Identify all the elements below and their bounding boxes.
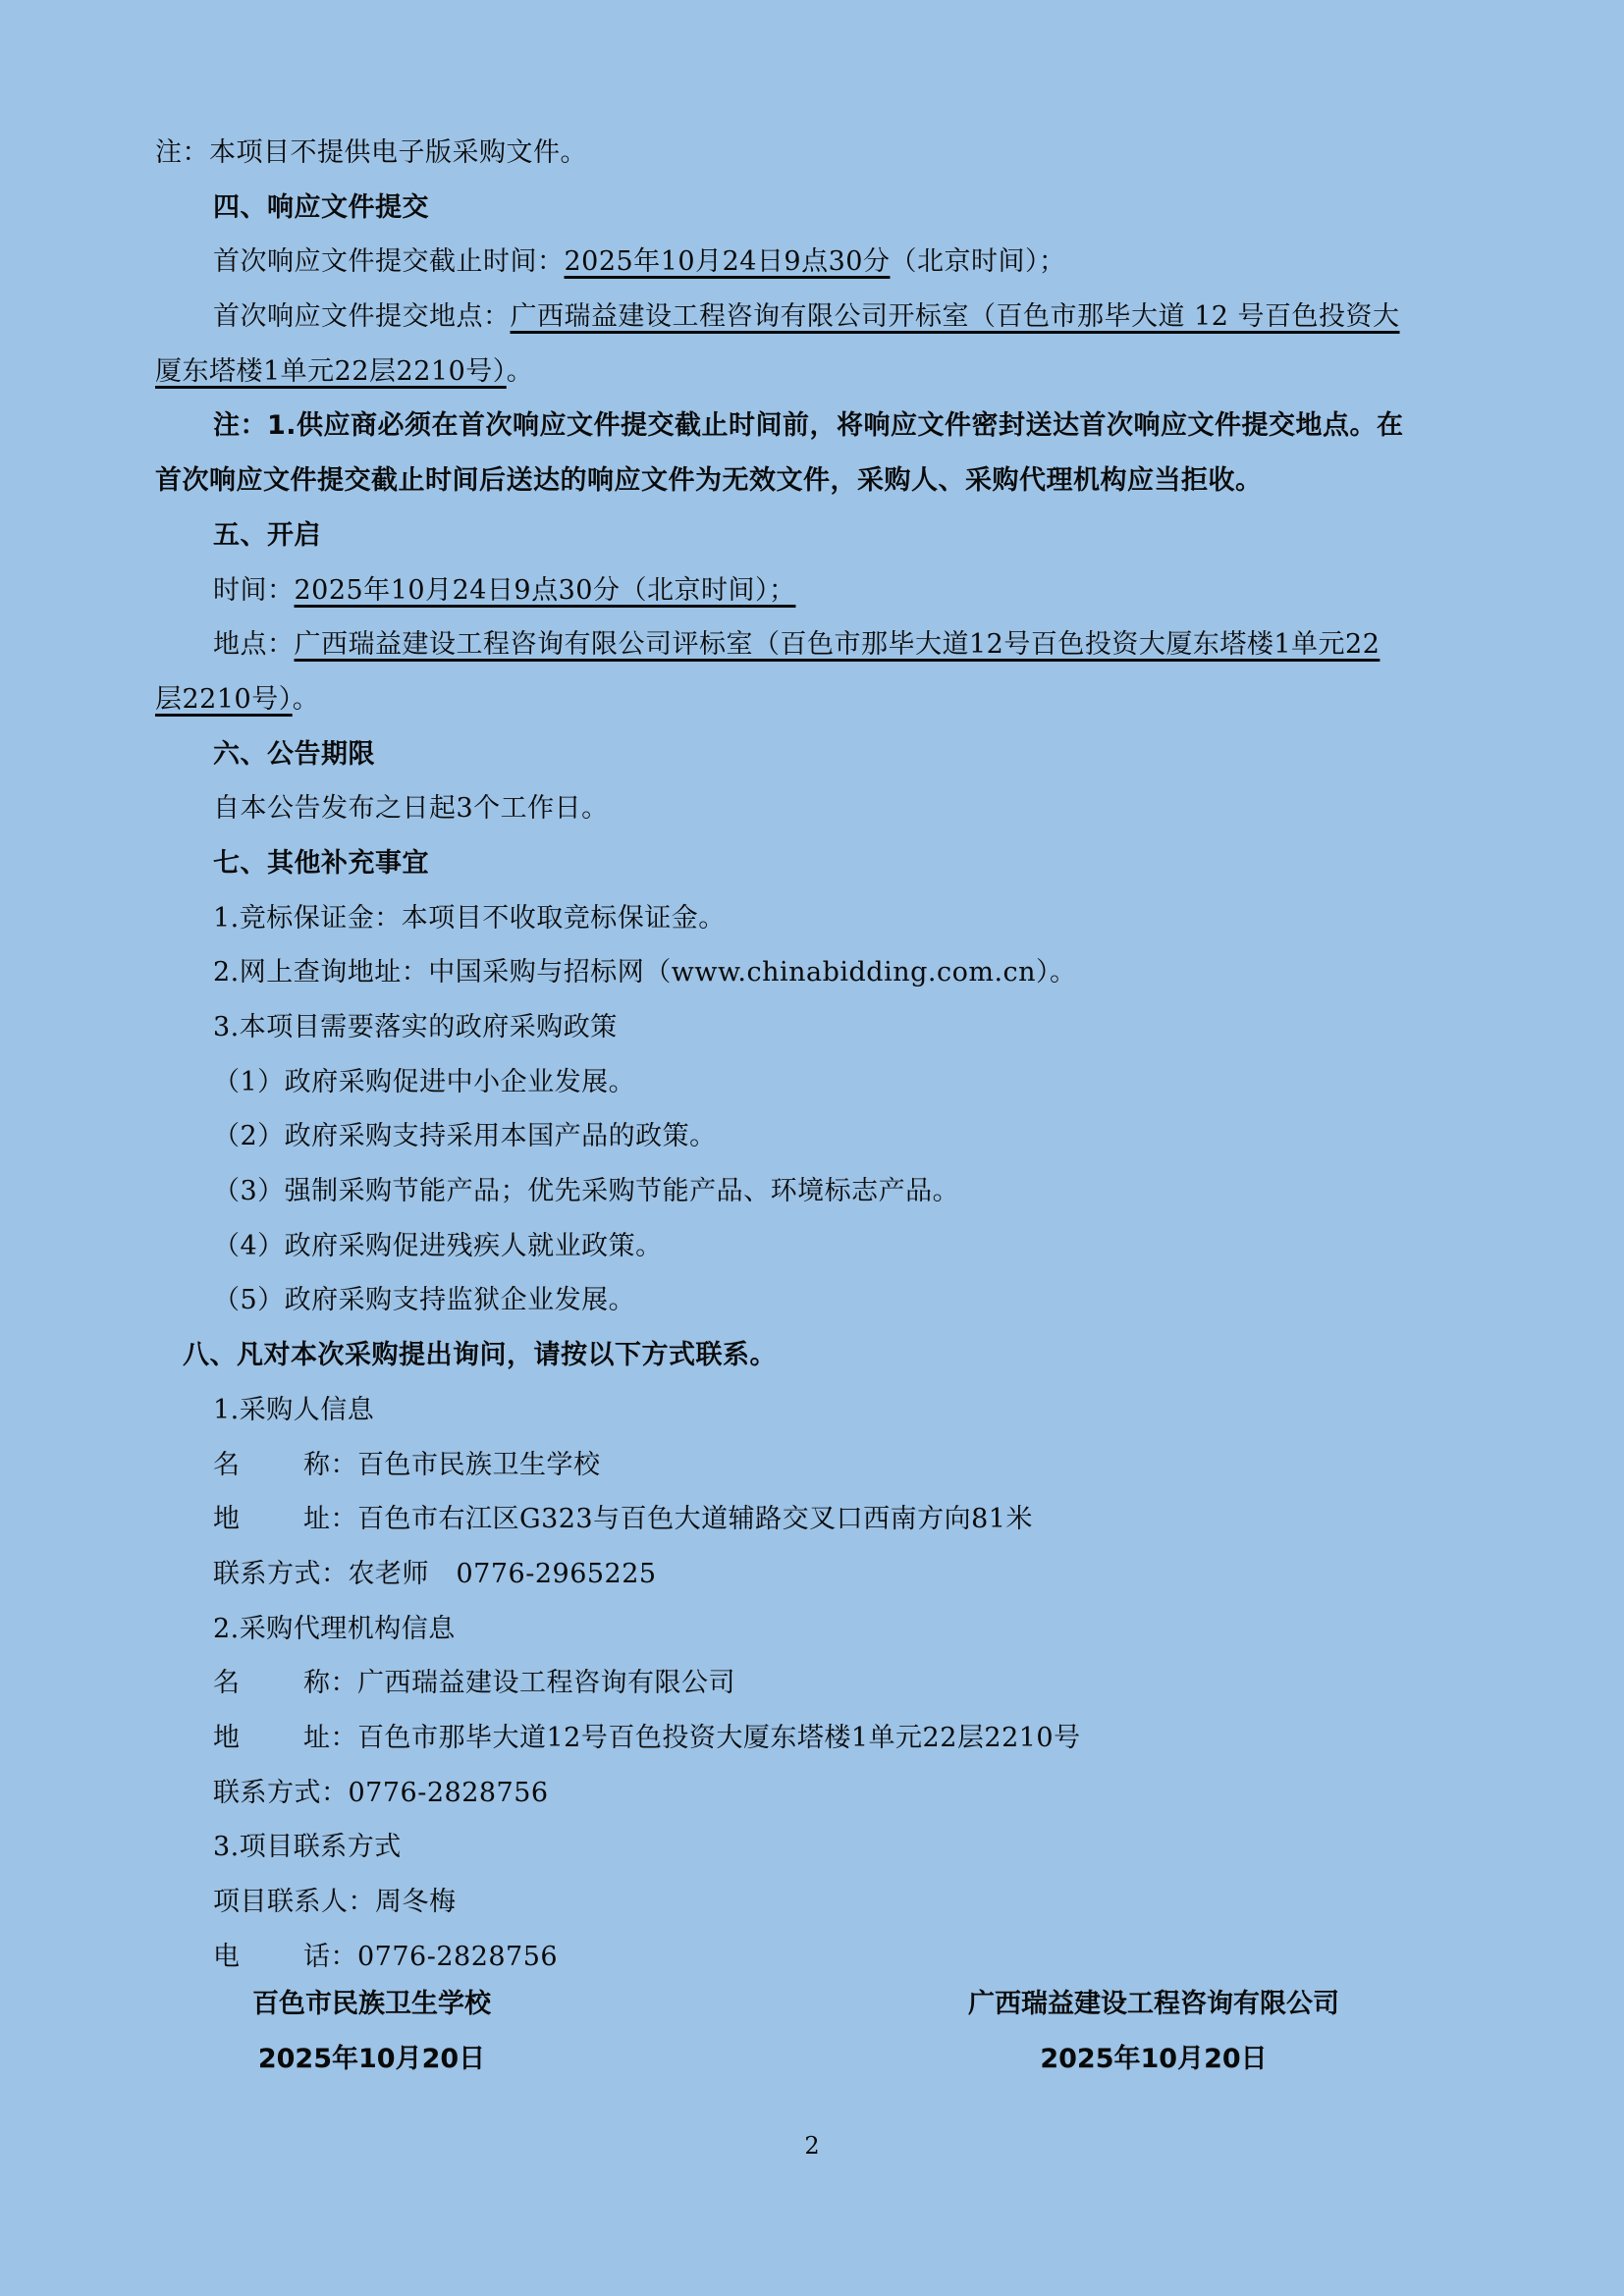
- page-number: 2: [0, 2132, 1624, 2160]
- agency-address: 地址：百色市那毕大道12号百色投资大厦东塔楼1单元22层2210号: [155, 1711, 1471, 1766]
- project-contact-person: 项目联系人：周冬梅: [155, 1875, 1471, 1930]
- signature-right-org: 广西瑞益建设工程咨询有限公司: [968, 1977, 1339, 2032]
- submission-location-value-1: 广西瑞益建设工程咨询有限公司开标室（百色市那毕大道 12 号百色投资大: [511, 301, 1400, 332]
- submission-deadline-suffix: （北京时间）；: [890, 246, 1065, 277]
- agency-contact-label: 联系方式：: [213, 1778, 349, 1808]
- opening-time: 时间：2025年10月24日9点30分（北京时间）；: [155, 563, 1471, 618]
- agency-address-value: 百色市那毕大道12号百色投资大厦东塔楼1单元22层2210号: [357, 1723, 1081, 1753]
- supplement-item: 3.本项目需要落实的政府采购政策: [155, 1000, 1471, 1055]
- agency-contact-value: 0776-2828756: [349, 1778, 549, 1808]
- opening-place-value-2: 层2210号）: [155, 684, 293, 715]
- submission-location-label: 首次响应文件提交地点：: [213, 301, 511, 332]
- policy-item: （4）政府采购促进残疾人就业政策。: [155, 1219, 1471, 1274]
- submission-location: 首次响应文件提交地点：广西瑞益建设工程咨询有限公司开标室（百色市那毕大道 12 …: [155, 290, 1471, 345]
- project-contact-person-label: 项目联系人：: [213, 1887, 375, 1917]
- opening-place-value-1: 广西瑞益建设工程咨询有限公司评标室（百色市那毕大道12号百色投资大厦东塔楼1单元…: [295, 629, 1380, 660]
- purchaser-name-value: 百色市民族卫生学校: [357, 1450, 601, 1480]
- purchaser-contact-value: 农老师 0776-2965225: [349, 1559, 657, 1589]
- agency-name-label: 名称：: [213, 1656, 357, 1711]
- purchaser-contact: 联系方式：农老师 0776-2965225: [155, 1547, 1471, 1602]
- signature-block: 百色市民族卫生学校 2025年10月20日 广西瑞益建设工程咨询有限公司 202…: [0, 1977, 1624, 2095]
- submission-deadline-value: 2025年10月24日9点30分: [565, 246, 891, 277]
- signature-right: 广西瑞益建设工程咨询有限公司 2025年10月20日: [968, 1977, 1339, 2086]
- opening-time-label: 时间：: [213, 575, 295, 606]
- submission-deadline-label: 首次响应文件提交截止时间：: [213, 246, 565, 277]
- agency-address-label: 地址：: [213, 1711, 357, 1766]
- supplement-item: 1.竞标保证金：本项目不收取竞标保证金。: [155, 891, 1471, 946]
- purchaser-name-label: 名称：: [213, 1438, 357, 1493]
- project-contact-person-value: 周冬梅: [375, 1887, 457, 1917]
- section4-heading: 四、响应文件提交: [155, 181, 1471, 236]
- supplement-item: 2.网上查询地址：中国采购与招标网（www.chinabidding.com.c…: [155, 945, 1471, 1000]
- section8-heading: 八、凡对本次采购提出询问，请按以下方式联系。: [155, 1328, 1471, 1383]
- purchaser-contact-label: 联系方式：: [213, 1559, 349, 1589]
- purchaser-name: 名称：百色市民族卫生学校: [155, 1438, 1471, 1493]
- opening-place-cont: 层2210号）。: [155, 672, 1471, 727]
- purchaser-address-value: 百色市右江区G323与百色大道辅路交叉口西南方向81米: [357, 1504, 1033, 1534]
- signature-right-date: 2025年10月20日: [968, 2032, 1339, 2087]
- project-contact-phone-value: 0776-2828756: [357, 1942, 558, 1972]
- submission-location-cont: 厦东塔楼1单元22层2210号）。: [155, 345, 1471, 400]
- submission-note-2: 首次响应文件提交截止时间后送达的响应文件为无效文件，采购人、采购代理机构应当拒收…: [155, 454, 1471, 508]
- signature-left: 百色市民族卫生学校 2025年10月20日: [252, 1977, 491, 2086]
- signature-left-org: 百色市民族卫生学校: [252, 1977, 491, 2032]
- submission-location-suffix: 。: [507, 356, 534, 387]
- agency-name: 名称：广西瑞益建设工程咨询有限公司: [155, 1656, 1471, 1711]
- purchaser-title: 1.采购人信息: [155, 1383, 1471, 1438]
- policy-item: （3）强制采购节能产品；优先采购节能产品、环境标志产品。: [155, 1164, 1471, 1219]
- opening-place: 地点：广西瑞益建设工程咨询有限公司评标室（百色市那毕大道12号百色投资大厦东塔楼…: [155, 617, 1471, 672]
- policy-item: （1）政府采购促进中小企业发展。: [155, 1055, 1471, 1110]
- opening-time-value: 2025年10月24日9点30分（北京时间）；: [295, 575, 796, 606]
- announcement-period: 自本公告发布之日起3个工作日。: [155, 781, 1471, 836]
- agency-name-value: 广西瑞益建设工程咨询有限公司: [357, 1668, 735, 1698]
- project-contact-title: 3.项目联系方式: [155, 1820, 1471, 1875]
- submission-location-value-2: 厦东塔楼1单元22层2210号）: [155, 356, 507, 387]
- purchaser-address: 地址：百色市右江区G323与百色大道辅路交叉口西南方向81米: [155, 1492, 1471, 1547]
- section7-heading: 七、其他补充事宜: [155, 836, 1471, 891]
- signature-left-date: 2025年10月20日: [252, 2032, 491, 2087]
- submission-note-1: 注：1.供应商必须在首次响应文件提交截止时间前，将响应文件密封送达首次响应文件提…: [155, 399, 1471, 454]
- section6-heading: 六、公告期限: [155, 727, 1471, 782]
- purchaser-address-label: 地址：: [213, 1492, 357, 1547]
- opening-place-label: 地点：: [213, 629, 295, 660]
- opening-place-suffix: 。: [293, 684, 320, 715]
- submission-deadline: 首次响应文件提交截止时间：2025年10月24日9点30分（北京时间）；: [155, 235, 1471, 290]
- agency-title: 2.采购代理机构信息: [155, 1602, 1471, 1657]
- section5-heading: 五、开启: [155, 508, 1471, 563]
- agency-contact: 联系方式：0776-2828756: [155, 1766, 1471, 1821]
- document-page: 注：本项目不提供电子版采购文件。 四、响应文件提交 首次响应文件提交截止时间：2…: [155, 126, 1471, 1984]
- note-no-electronic: 注：本项目不提供电子版采购文件。: [155, 126, 1471, 181]
- policy-item: （2）政府采购支持采用本国产品的政策。: [155, 1109, 1471, 1164]
- policy-item: （5）政府采购支持监狱企业发展。: [155, 1273, 1471, 1328]
